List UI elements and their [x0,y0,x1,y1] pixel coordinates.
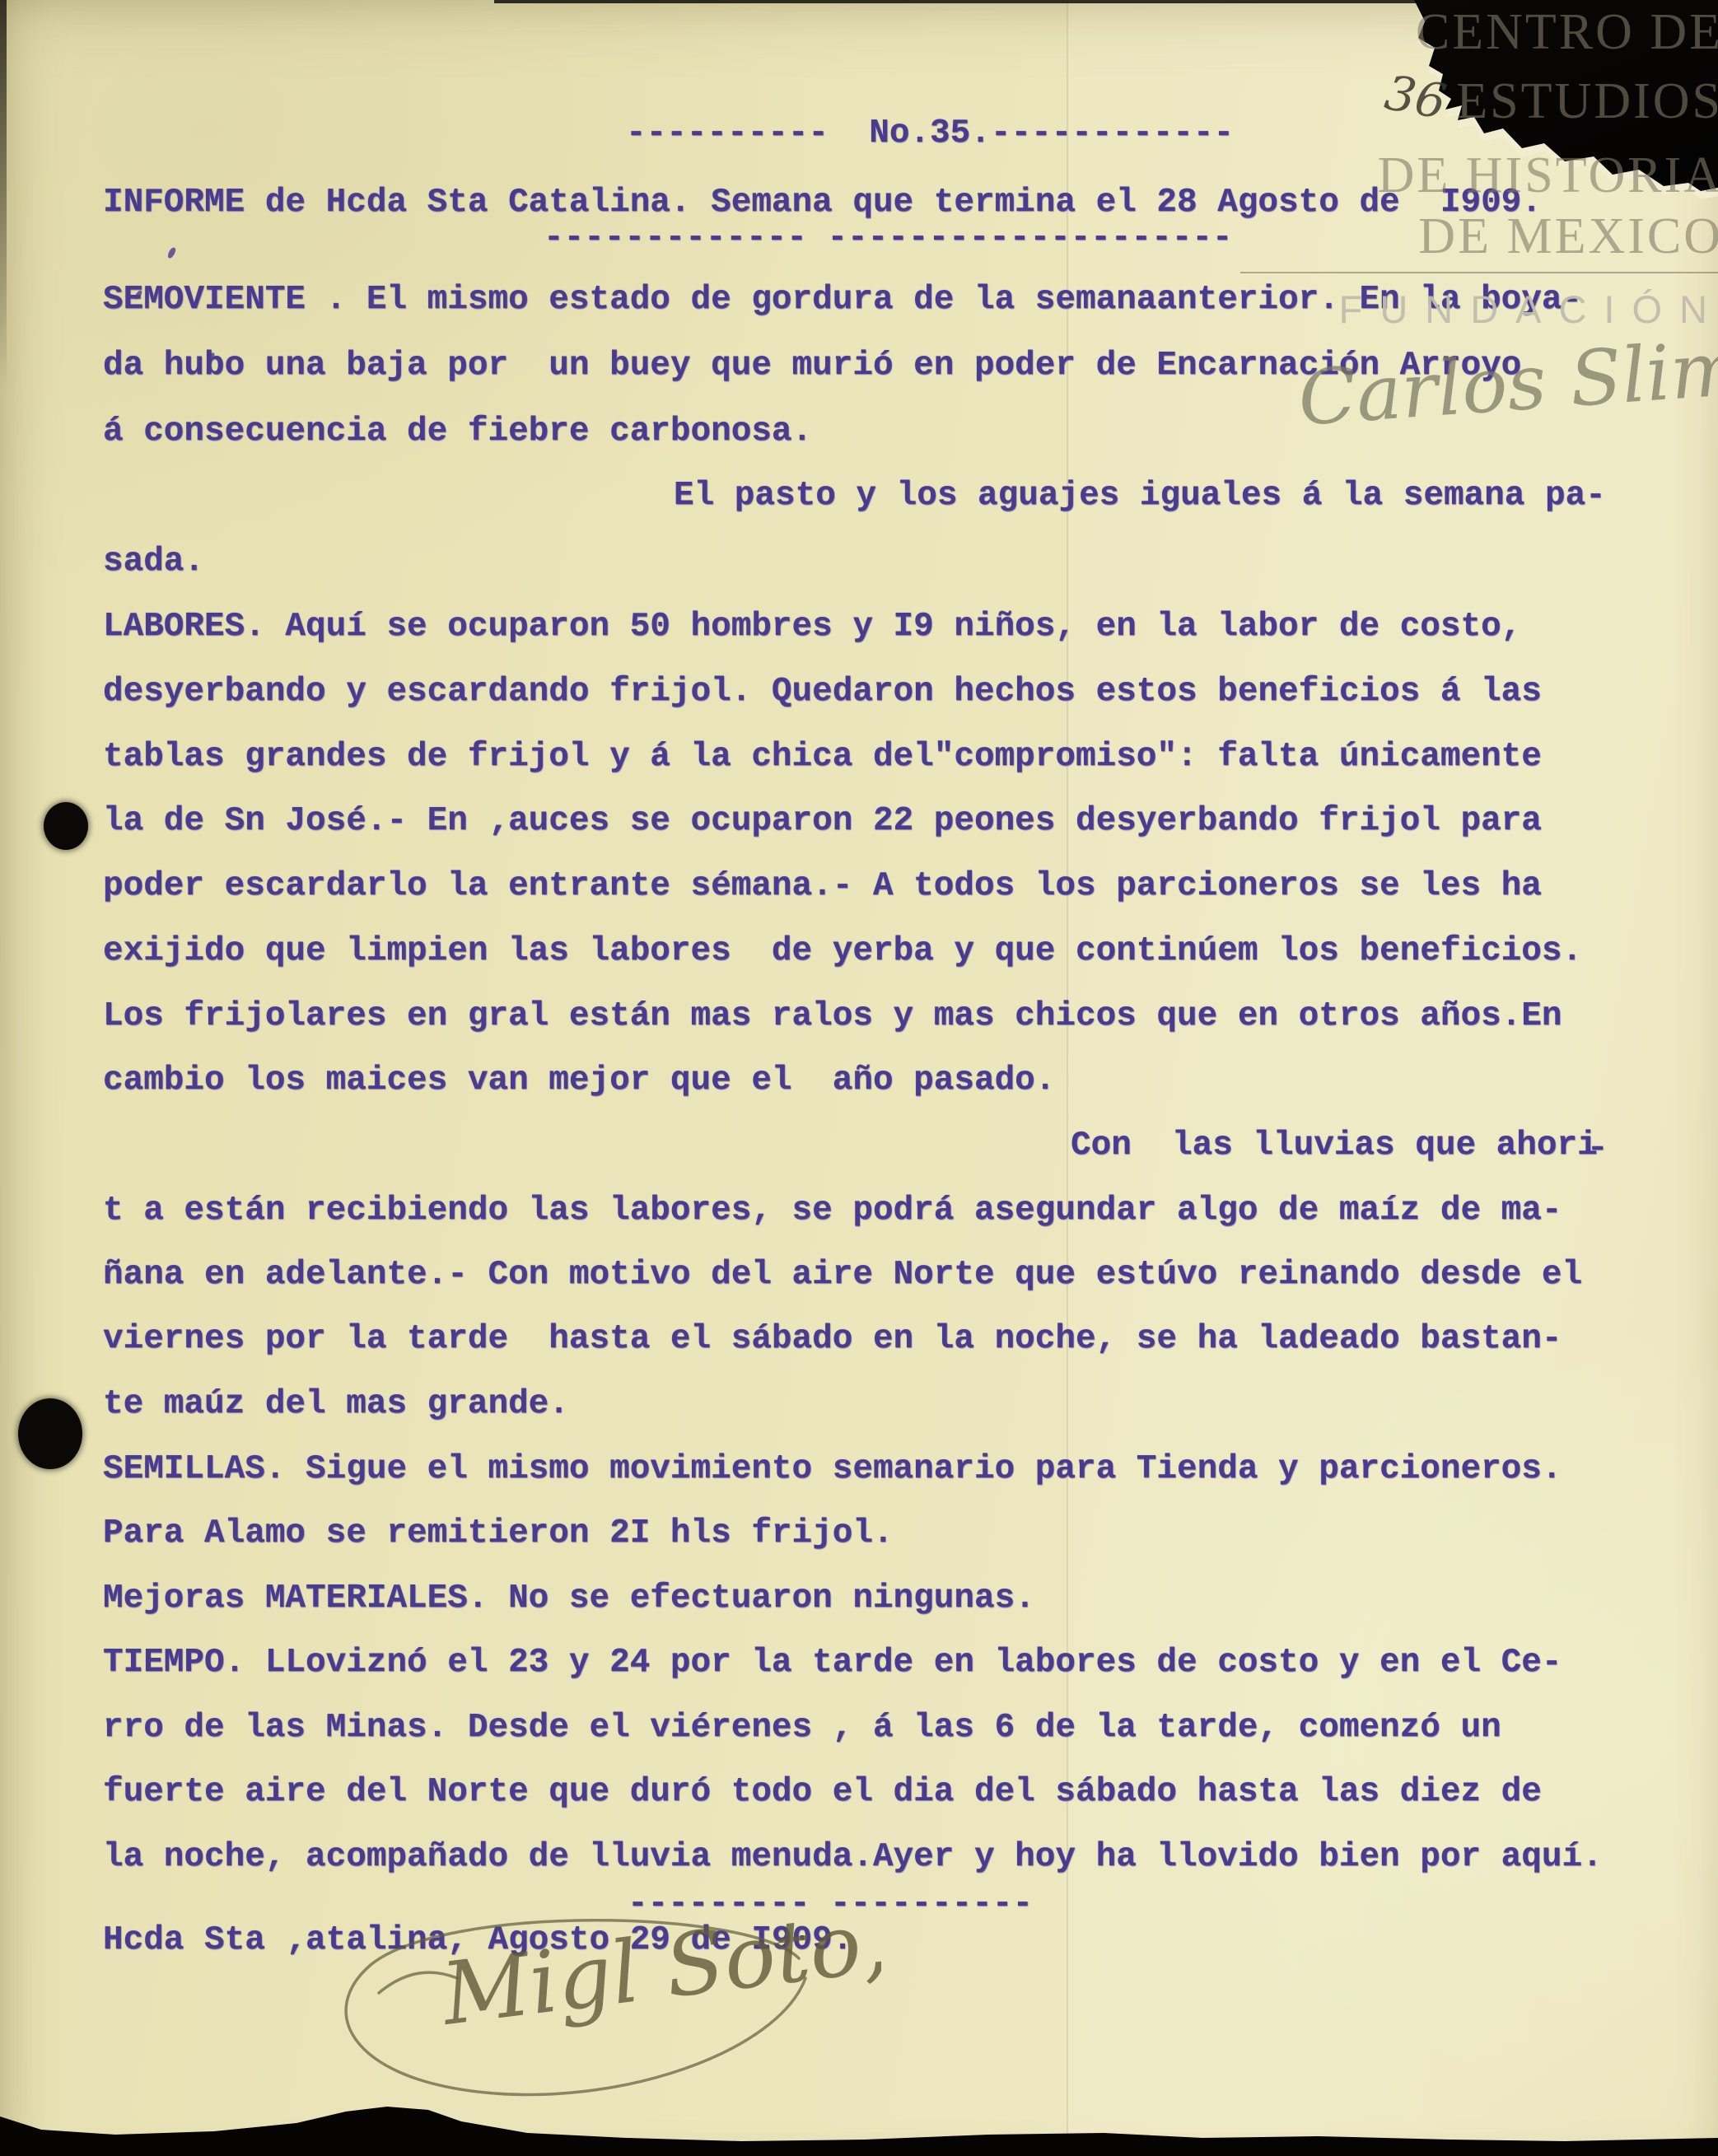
typewritten-line: exijido que limpien las labores de yerba… [103,931,1582,971]
typewritten-line: tablas grandes de frijol y á la chica de… [103,737,1542,777]
typewritten-line: á consecuencia de fiebre carbonosa. [103,412,812,451]
typewritten-line: fuerte aire del Norte que duró todo el d… [103,1772,1542,1812]
typewritten-line: sada. [103,542,204,581]
watermark-divider-line [1240,272,1718,273]
typewritten-line: TIEMPO. LLoviznó el 23 y 24 por la tarde… [103,1643,1562,1682]
typewritten-line: El pasto y los aguajes iguales á la sema… [674,476,1606,516]
typewritten-line: te maúz del mas grande. [103,1384,569,1424]
typewritten-line: poder escardarlo la entrante sémana.- A … [103,866,1542,906]
typewritten-line: rro de las Minas. Desde el viérenes , á … [103,1708,1501,1748]
scanned-document-page: { "document": { "kind": "typewritten rep… [0,0,1718,2156]
typewritten-line: Los frijolares en gral están mas ralos y… [103,996,1562,1036]
ink-speck [166,246,176,259]
typewritten-line: LABORES. Aquí se ocuparon 50 hombres y I… [103,607,1521,646]
typewritten-line: ñana en adelante.- Con motivo del aire N… [103,1255,1582,1295]
typewritten-line: ------------- -------------------- [544,218,1233,258]
typewritten-line: Para Alamo se remitieron 2I hls frijol. [103,1514,894,1553]
typewritten-line: la de Sn José.- En ‚auces se ocuparon 22… [103,801,1542,841]
punch-hole [18,1398,82,1469]
typewritten-line: Con las lluvias que ahori̵ [1071,1126,1598,1165]
typewritten-line: viernes por la tarde hasta el sábado en … [103,1319,1562,1359]
typewritten-line: cambio los maices van mejor que el año p… [103,1061,1055,1100]
typewritten-line: Mejoras MATERIALES. No se efectuaron nin… [103,1579,1035,1618]
punch-hole [44,802,88,850]
scan-edge-top [494,0,1417,3]
typewritten-line: INFORME de Hcda Sta Catalina. Semana que… [103,183,1542,222]
typewritten-line: SEMILLAS. Sigue el mismo movimiento sema… [103,1449,1562,1489]
typewritten-line: da hubo una baja por un buey que murió e… [103,346,1521,385]
signature-text: Migl Soto, [435,1911,881,2045]
paper-seam-lighter-zone [1067,0,1718,2156]
paper-sheet: ---------- No.35.------------INFORME de … [0,0,1718,2156]
typewritten-line: t a están recibiendo las labores, se pod… [103,1191,1562,1230]
typewritten-line: ---------- No.35.------------ [626,114,1234,153]
scan-edge-left [0,0,7,387]
typewritten-line: desyerbando y escardando frijol. Quedaro… [103,672,1542,712]
typewritten-line: SEMOVIENTE . El mismo estado de gordura … [103,280,1582,320]
typewritten-line: la noche, acompañado de lluvia menuda.Ay… [103,1837,1603,1877]
pencil-page-number: 36 [1381,64,1450,130]
